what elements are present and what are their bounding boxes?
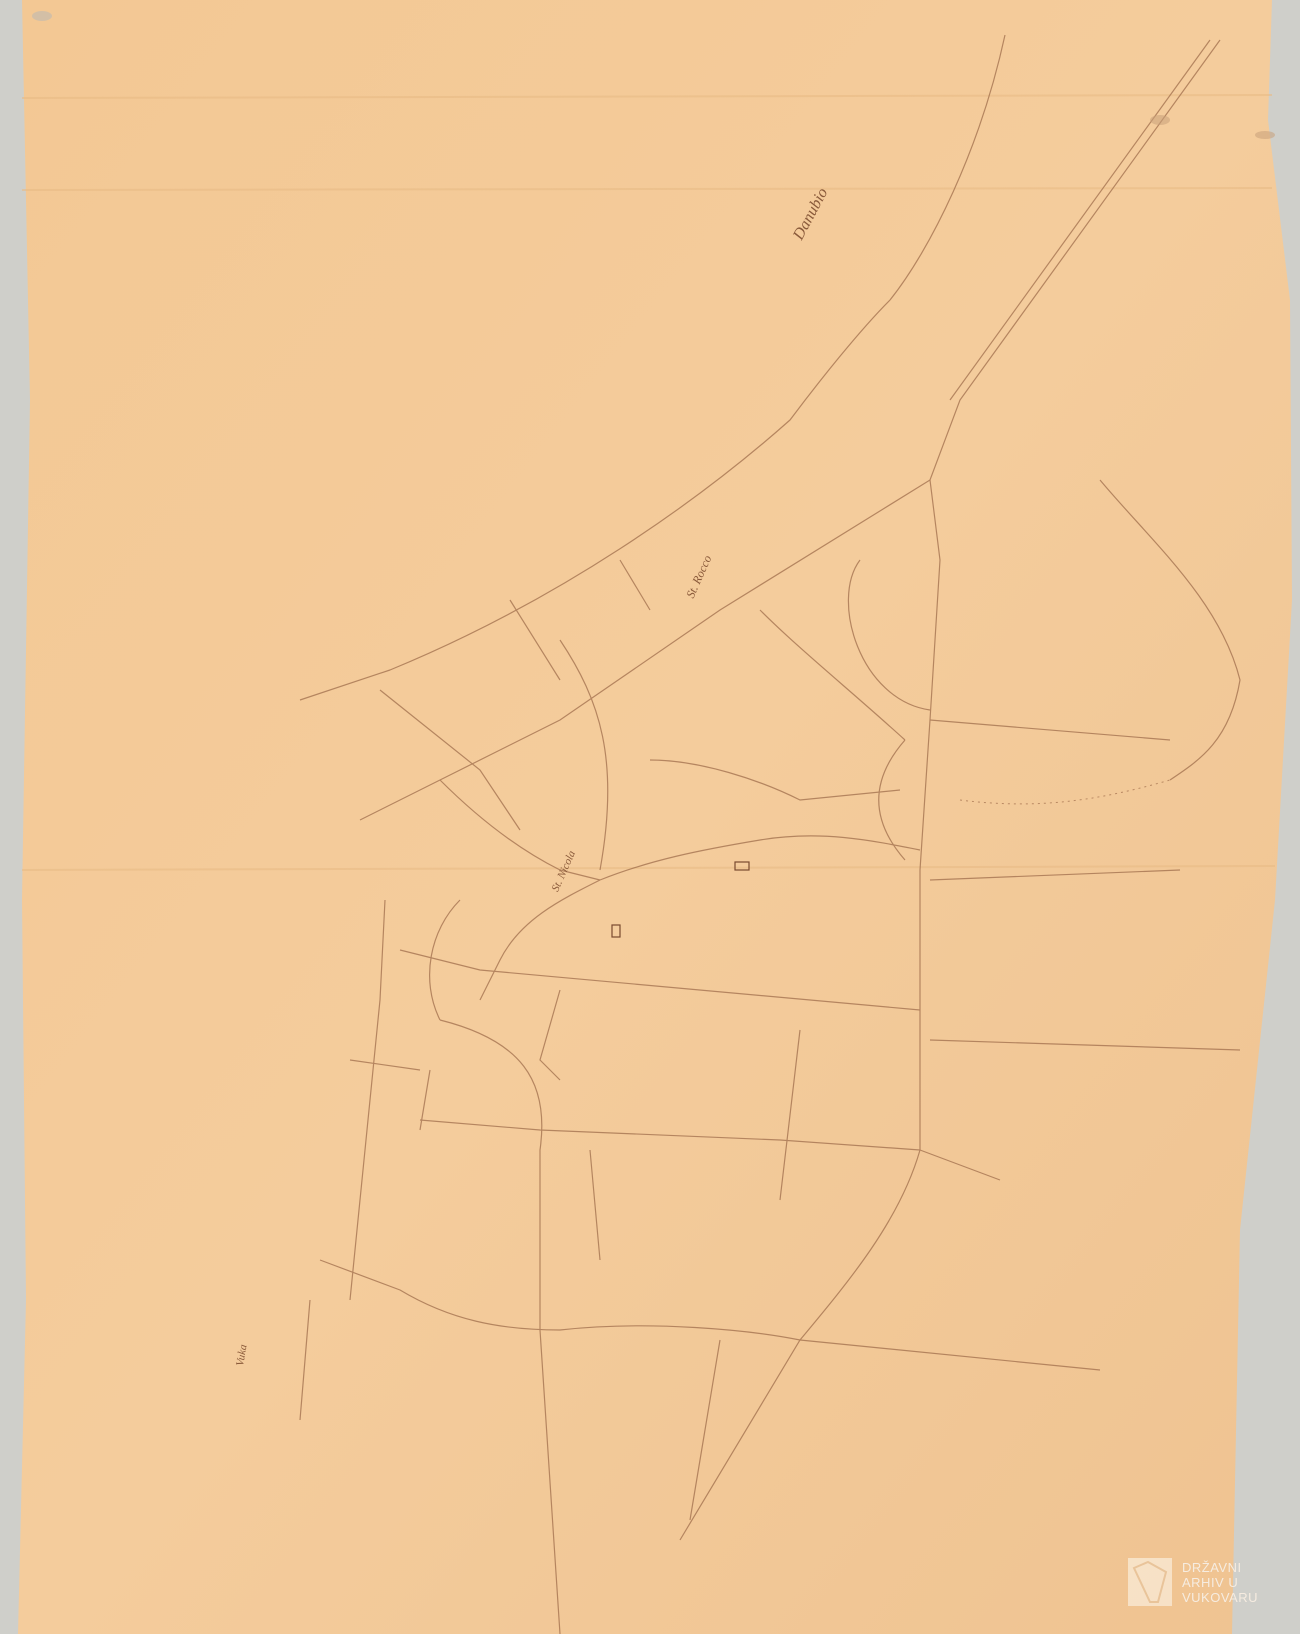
archive-logo-icon: [1128, 1558, 1172, 1606]
watermark-text: DRŽAVNI ARHIV U VUKOVARU: [1182, 1560, 1258, 1605]
map-sheet: Danubio St. Rocco St. Nicola Vuka DRŽAVN…: [0, 0, 1300, 1634]
archive-watermark: DRŽAVNI ARHIV U VUKOVARU: [1128, 1554, 1278, 1610]
paper: [18, 0, 1292, 1634]
watermark-line-2: ARHIV U: [1182, 1575, 1258, 1590]
watermark-line-3: VUKOVARU: [1182, 1590, 1258, 1605]
map-drawing: [0, 0, 1300, 1634]
watermark-line-1: DRŽAVNI: [1182, 1560, 1258, 1575]
